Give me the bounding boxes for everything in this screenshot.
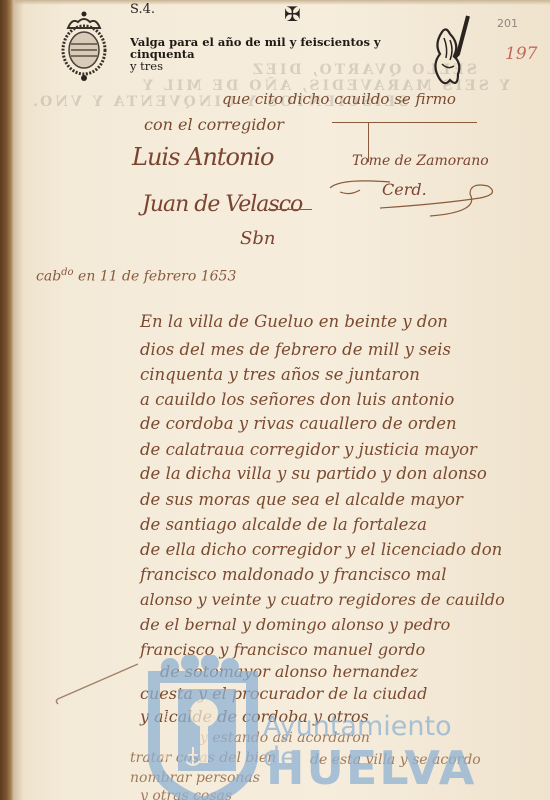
- signature-flourish: [268, 209, 312, 210]
- margin-note: cabdo en 11 de febrero 1653: [36, 267, 236, 285]
- body-line: cinquenta y tres años se juntaron: [140, 365, 420, 384]
- cross-icon: ✠: [284, 2, 301, 26]
- underline-flourish: [332, 122, 477, 123]
- royal-coat-of-arms-icon: [58, 10, 110, 82]
- stamp-mark: S.4.: [130, 2, 155, 17]
- folio-number-pencil: 201: [497, 17, 518, 30]
- margin-stroke: [50, 660, 150, 720]
- stamp-header-line-1: Valga para el año de mil y feiscientos y…: [130, 35, 381, 61]
- body-line: En la villa de Gueluo en beinte y don: [140, 312, 448, 331]
- body-line: de santiago alcalde de la fortaleza: [140, 515, 427, 534]
- body-line: de cordoba y rivas cauallero de orden: [140, 414, 457, 433]
- page-top-edge: [14, 0, 550, 5]
- quill-hand-mark-icon: [428, 14, 474, 90]
- stamp-header: Valga para el año de mil y feiscientos y…: [130, 36, 430, 72]
- stamp-header-line-2: y tres: [130, 59, 163, 73]
- body-line: de sus moras que sea el alcalde mayor: [140, 490, 463, 509]
- signature-flourish: [320, 168, 510, 228]
- body-line: de el bernal y domingo alonso y pedro: [140, 615, 450, 634]
- signature-left-1: Luis Antonio: [132, 143, 273, 171]
- signature-left-2: Juan de Velasco: [142, 192, 302, 217]
- body-line: de calatraua corregidor y justicia mayor: [140, 440, 477, 459]
- margin-note-superscript: do: [61, 267, 73, 278]
- watermark-line-2: HUELVA: [266, 741, 476, 795]
- ayuntamiento-huelva-watermark: PORTUS MARIS Ayuntamiento de HUELVA: [148, 655, 488, 800]
- signature-left-3: Sbn: [240, 228, 275, 249]
- body-line: alonso y veinte y cuatro regidores de ca…: [140, 590, 505, 609]
- margin-note-text: en 11 de febrero 1653: [78, 269, 236, 285]
- book-binding-edge: [0, 0, 14, 800]
- folio-number-red: 197: [505, 44, 537, 64]
- body-line: de la dicha villa y su partido y don alo…: [140, 464, 487, 483]
- body-line: francisco maldonado y francisco mal: [140, 565, 447, 584]
- handwritten-line: con el corregidor: [144, 115, 284, 134]
- body-line: a cauildo los señores don luis antonio: [140, 390, 454, 409]
- body-line: dios del mes de febrero de mill y seis: [140, 340, 451, 359]
- signature-right-1: Tome de Zamorano: [352, 153, 489, 169]
- manuscript-page: SELLO QVARTO, DIEZ Y SEIS MARAVEDIS, AÑO…: [0, 0, 550, 800]
- margin-note-prefix: cab: [36, 269, 61, 285]
- shield-text: PORTUS MARIS: [161, 705, 170, 765]
- huelva-shield-icon: PORTUS MARIS: [148, 655, 258, 800]
- binding-shadow: [14, 0, 24, 800]
- handwritten-line: que cito dicho cauildo se firmo: [222, 90, 456, 108]
- body-line: de ella dicho corregidor y el licenciado…: [140, 540, 502, 559]
